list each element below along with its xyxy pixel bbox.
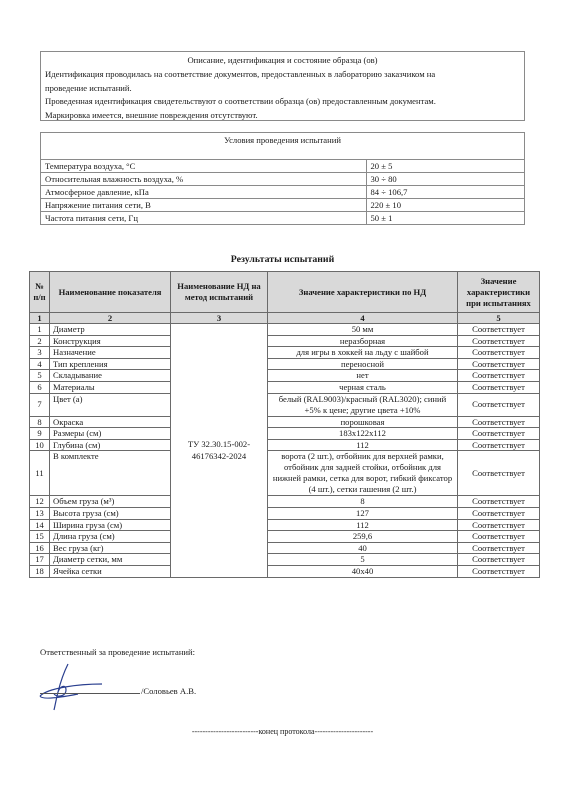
description-line: Проведенная идентификация свидетельствую… bbox=[45, 95, 520, 109]
nd-value: 127 bbox=[268, 507, 458, 519]
responsible-label: Ответственный за проведение испытаний: bbox=[40, 647, 195, 658]
table-row: 17Диаметр сетки, мм5Соответствует bbox=[30, 554, 540, 566]
test-conditions-table: Условия проведения испытаний Температура… bbox=[41, 133, 524, 224]
row-number: 11 bbox=[30, 451, 50, 496]
handwritten-signature-icon bbox=[38, 662, 118, 712]
indicator-name: Диаметр bbox=[50, 324, 171, 336]
table-row: 10Глубина (см)112Соответствует bbox=[30, 439, 540, 451]
table-row: 2КонструкциянеразборнаяСоответствует bbox=[30, 335, 540, 347]
indicator-name: Окраска bbox=[50, 416, 171, 428]
row-number: 9 bbox=[30, 428, 50, 440]
condition-value: 30 ÷ 80 bbox=[366, 173, 524, 186]
test-result: Соответствует bbox=[458, 565, 540, 577]
indicator-name: Вес груза (кг) bbox=[50, 542, 171, 554]
nd-value: 259,6 bbox=[268, 531, 458, 543]
col-number: 3 bbox=[171, 313, 268, 324]
indicator-name: Тип крепления bbox=[50, 358, 171, 370]
table-row: 12Объем груза (м³)8Соответствует bbox=[30, 496, 540, 508]
nd-value: белый (RAL9003)/красный (RAL3020); синий… bbox=[268, 393, 458, 416]
test-result: Соответствует bbox=[458, 451, 540, 496]
condition-row: Относительная влажность воздуха, %30 ÷ 8… bbox=[41, 173, 524, 186]
row-number: 5 bbox=[30, 370, 50, 382]
condition-value: 20 ± 5 bbox=[366, 160, 524, 173]
test-result: Соответствует bbox=[458, 428, 540, 440]
indicator-name: В комплекте bbox=[50, 451, 171, 496]
condition-label: Напряжение питания сети, В bbox=[41, 199, 366, 212]
indicator-name: Диаметр сетки, мм bbox=[50, 554, 171, 566]
table-row: 7Цвет (а)белый (RAL9003)/красный (RAL302… bbox=[30, 393, 540, 416]
row-number: 2 bbox=[30, 335, 50, 347]
table-row: 11В комплектеворота (2 шт.), отбойник дл… bbox=[30, 451, 540, 496]
results-title: Результаты испытаний bbox=[0, 254, 565, 266]
header-indicator: Наименование показателя bbox=[50, 272, 171, 313]
table-row: 14Ширина груза (см)112Соответствует bbox=[30, 519, 540, 531]
test-result: Соответствует bbox=[458, 531, 540, 543]
description-line: Маркировка имеется, внешние повреждения … bbox=[45, 109, 520, 123]
test-conditions-heading: Условия проведения испытаний bbox=[41, 133, 524, 160]
signature-line bbox=[40, 693, 140, 694]
indicator-name: Высота груза (см) bbox=[50, 507, 171, 519]
row-number: 8 bbox=[30, 416, 50, 428]
indicator-name: Конструкция bbox=[50, 335, 171, 347]
row-number: 12 bbox=[30, 496, 50, 508]
sample-description-heading: Описание, идентификация и состояние обра… bbox=[45, 54, 520, 67]
col-number: 5 bbox=[458, 313, 540, 324]
sample-description-box: Описание, идентификация и состояние обра… bbox=[40, 51, 525, 121]
row-number: 17 bbox=[30, 554, 50, 566]
condition-label: Частота питания сети, Гц bbox=[41, 212, 366, 225]
table-row: 15Длина груза (см)259,6Соответствует bbox=[30, 531, 540, 543]
table-row: 1ДиаметрТУ 32.30.15-002-46176342-202450 … bbox=[30, 324, 540, 336]
method-doc: ТУ 32.30.15-002-46176342-2024 bbox=[171, 324, 268, 578]
nd-value: 8 bbox=[268, 496, 458, 508]
nd-value: неразборная bbox=[268, 335, 458, 347]
test-result: Соответствует bbox=[458, 335, 540, 347]
description-line: проведение испытаний. bbox=[45, 82, 520, 96]
indicator-name: Материалы bbox=[50, 381, 171, 393]
condition-value: 220 ± 10 bbox=[366, 199, 524, 212]
row-number: 13 bbox=[30, 507, 50, 519]
header-nd-value: Значение характеристики по НД bbox=[268, 272, 458, 313]
table-row: 13Высота груза (см)127Соответствует bbox=[30, 507, 540, 519]
header-method-doc: Наименование НД на метод испытаний bbox=[171, 272, 268, 313]
row-number: 3 bbox=[30, 347, 50, 359]
description-line: Идентификация проводилась на соответстви… bbox=[45, 68, 520, 82]
test-result: Соответствует bbox=[458, 507, 540, 519]
table-row: 5СкладываниенетСоответствует bbox=[30, 370, 540, 382]
test-result: Соответствует bbox=[458, 324, 540, 336]
condition-value: 50 ± 1 bbox=[366, 212, 524, 225]
table-row: 18Ячейка сетки40x40Соответствует bbox=[30, 565, 540, 577]
results-table: № п/п Наименование показателя Наименован… bbox=[29, 271, 540, 578]
test-result: Соответствует bbox=[458, 554, 540, 566]
nd-value: черная сталь bbox=[268, 381, 458, 393]
signatory-name: /Соловьев А.В. bbox=[141, 686, 196, 697]
condition-row: Температура воздуха, °С20 ± 5 bbox=[41, 160, 524, 173]
nd-value: нет bbox=[268, 370, 458, 382]
row-number: 4 bbox=[30, 358, 50, 370]
test-result: Соответствует bbox=[458, 358, 540, 370]
nd-value: для игры в хоккей на льду с шайбой bbox=[268, 347, 458, 359]
nd-value: 112 bbox=[268, 519, 458, 531]
nd-value: 40 bbox=[268, 542, 458, 554]
header-test-value: Значение характеристики при испытаниях bbox=[458, 272, 540, 313]
condition-label: Относительная влажность воздуха, % bbox=[41, 173, 366, 186]
test-conditions-box: Условия проведения испытаний Температура… bbox=[40, 132, 525, 225]
nd-value: ворота (2 шт.), отбойник для верхней рам… bbox=[268, 451, 458, 496]
nd-value: переносной bbox=[268, 358, 458, 370]
test-result: Соответствует bbox=[458, 416, 540, 428]
col-number: 1 bbox=[30, 313, 50, 324]
indicator-name: Ширина груза (см) bbox=[50, 519, 171, 531]
condition-label: Температура воздуха, °С bbox=[41, 160, 366, 173]
row-number: 18 bbox=[30, 565, 50, 577]
nd-value: 183x122x112 bbox=[268, 428, 458, 440]
indicator-name: Ячейка сетки bbox=[50, 565, 171, 577]
row-number: 1 bbox=[30, 324, 50, 336]
row-number: 14 bbox=[30, 519, 50, 531]
table-row: 8ОкраскапорошковаяСоответствует bbox=[30, 416, 540, 428]
condition-row: Частота питания сети, Гц50 ± 1 bbox=[41, 212, 524, 225]
end-of-protocol: -------------------------конец протокола… bbox=[0, 727, 565, 737]
header-number: № п/п bbox=[30, 272, 50, 313]
row-number: 6 bbox=[30, 381, 50, 393]
col-number: 2 bbox=[50, 313, 171, 324]
test-result: Соответствует bbox=[458, 347, 540, 359]
row-number: 10 bbox=[30, 439, 50, 451]
indicator-name: Складывание bbox=[50, 370, 171, 382]
nd-value: порошковая bbox=[268, 416, 458, 428]
col-number: 4 bbox=[268, 313, 458, 324]
condition-row: Атмосферное давление, кПа84 ÷ 106,7 bbox=[41, 186, 524, 199]
test-result: Соответствует bbox=[458, 381, 540, 393]
condition-label: Атмосферное давление, кПа bbox=[41, 186, 366, 199]
test-result: Соответствует bbox=[458, 519, 540, 531]
row-number: 15 bbox=[30, 531, 50, 543]
test-result: Соответствует bbox=[458, 439, 540, 451]
nd-value: 112 bbox=[268, 439, 458, 451]
indicator-name: Объем груза (м³) bbox=[50, 496, 171, 508]
table-row: 9Размеры (см)183x122x112Соответствует bbox=[30, 428, 540, 440]
row-number: 16 bbox=[30, 542, 50, 554]
nd-value: 50 мм bbox=[268, 324, 458, 336]
row-number: 7 bbox=[30, 393, 50, 416]
test-result: Соответствует bbox=[458, 393, 540, 416]
test-result: Соответствует bbox=[458, 370, 540, 382]
indicator-name: Назначение bbox=[50, 347, 171, 359]
test-result: Соответствует bbox=[458, 542, 540, 554]
table-row: 3Назначениедля игры в хоккей на льду с ш… bbox=[30, 347, 540, 359]
indicator-name: Длина груза (см) bbox=[50, 531, 171, 543]
table-row: 4Тип крепленияпереноснойСоответствует bbox=[30, 358, 540, 370]
indicator-name: Глубина (см) bbox=[50, 439, 171, 451]
nd-value: 40x40 bbox=[268, 565, 458, 577]
indicator-name: Размеры (см) bbox=[50, 428, 171, 440]
nd-value: 5 bbox=[268, 554, 458, 566]
test-result: Соответствует bbox=[458, 496, 540, 508]
condition-row: Напряжение питания сети, В220 ± 10 bbox=[41, 199, 524, 212]
table-row: 6Материалычерная стальСоответствует bbox=[30, 381, 540, 393]
indicator-name: Цвет (а) bbox=[50, 393, 171, 416]
condition-value: 84 ÷ 106,7 bbox=[366, 186, 524, 199]
table-row: 16Вес груза (кг)40Соответствует bbox=[30, 542, 540, 554]
